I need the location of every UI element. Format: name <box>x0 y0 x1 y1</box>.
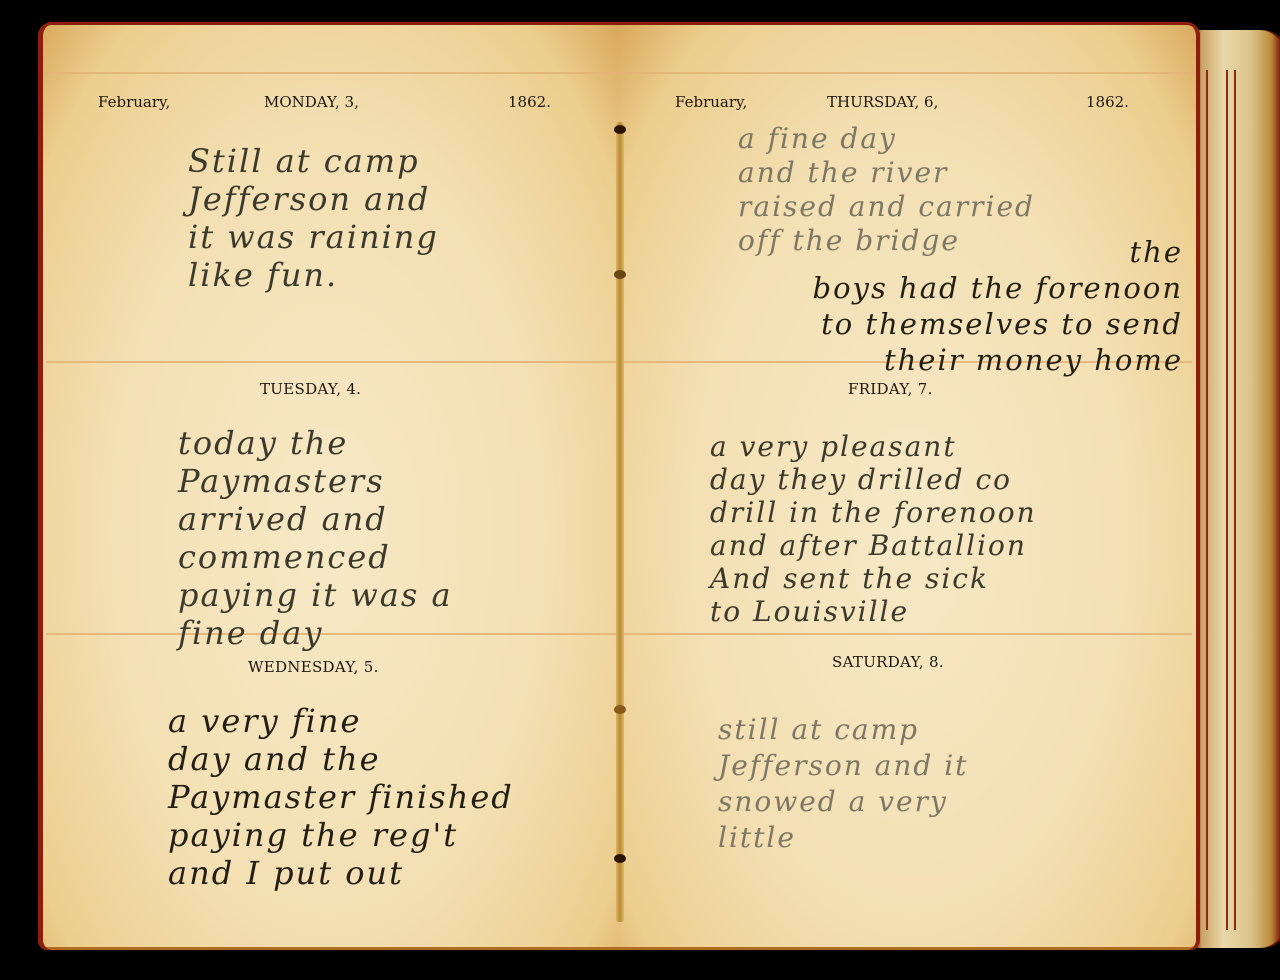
stitch-hole <box>614 854 626 863</box>
page-header: February, MONDAY, 3, 1862. <box>38 93 618 115</box>
year-label: 1862. <box>1086 93 1129 111</box>
day-label-tuesday: TUESDAY, 4. <box>260 380 361 398</box>
section-divider <box>618 633 1192 635</box>
top-rule <box>618 72 1192 74</box>
month-label: February, <box>675 93 747 111</box>
stitch-knot <box>614 270 626 279</box>
entry-text-saturday: still at camp Jefferson and it snowed a … <box>718 712 968 856</box>
entry-text-friday: a very pleasant day they drilled co dril… <box>710 430 1037 628</box>
right-page: February, THURSDAY, 6, 1862. a fine day … <box>618 22 1200 950</box>
binding-thread <box>616 122 624 922</box>
left-page: February, MONDAY, 3, 1862. Still at camp… <box>38 22 618 950</box>
open-diary: February, MONDAY, 3, 1862. Still at camp… <box>38 22 1250 950</box>
entry-text-monday: Still at camp Jefferson and it was raini… <box>188 142 439 294</box>
page-edge-stack <box>1196 30 1280 948</box>
stitch-hole <box>614 125 626 134</box>
day-label: MONDAY, 3, <box>264 93 359 111</box>
entry-text-tuesday: today the Paymasters arrived and commenc… <box>178 424 453 652</box>
month-label: February, <box>98 93 170 111</box>
day-label: THURSDAY, 6, <box>827 93 938 111</box>
entry-text-thursday: the boys had the forenoon to themselves … <box>723 234 1183 378</box>
day-label-saturday: SATURDAY, 8. <box>832 653 944 671</box>
day-label-wednesday: WEDNESDAY, 5. <box>248 658 379 676</box>
stitch-knot <box>614 705 626 714</box>
page-header: February, THURSDAY, 6, 1862. <box>618 93 1200 115</box>
day-label-friday: FRIDAY, 7. <box>848 380 933 398</box>
entry-text-wednesday: a very fine day and the Paymaster finish… <box>168 702 514 892</box>
top-rule <box>46 72 618 74</box>
section-divider <box>46 361 618 363</box>
year-label: 1862. <box>508 93 551 111</box>
